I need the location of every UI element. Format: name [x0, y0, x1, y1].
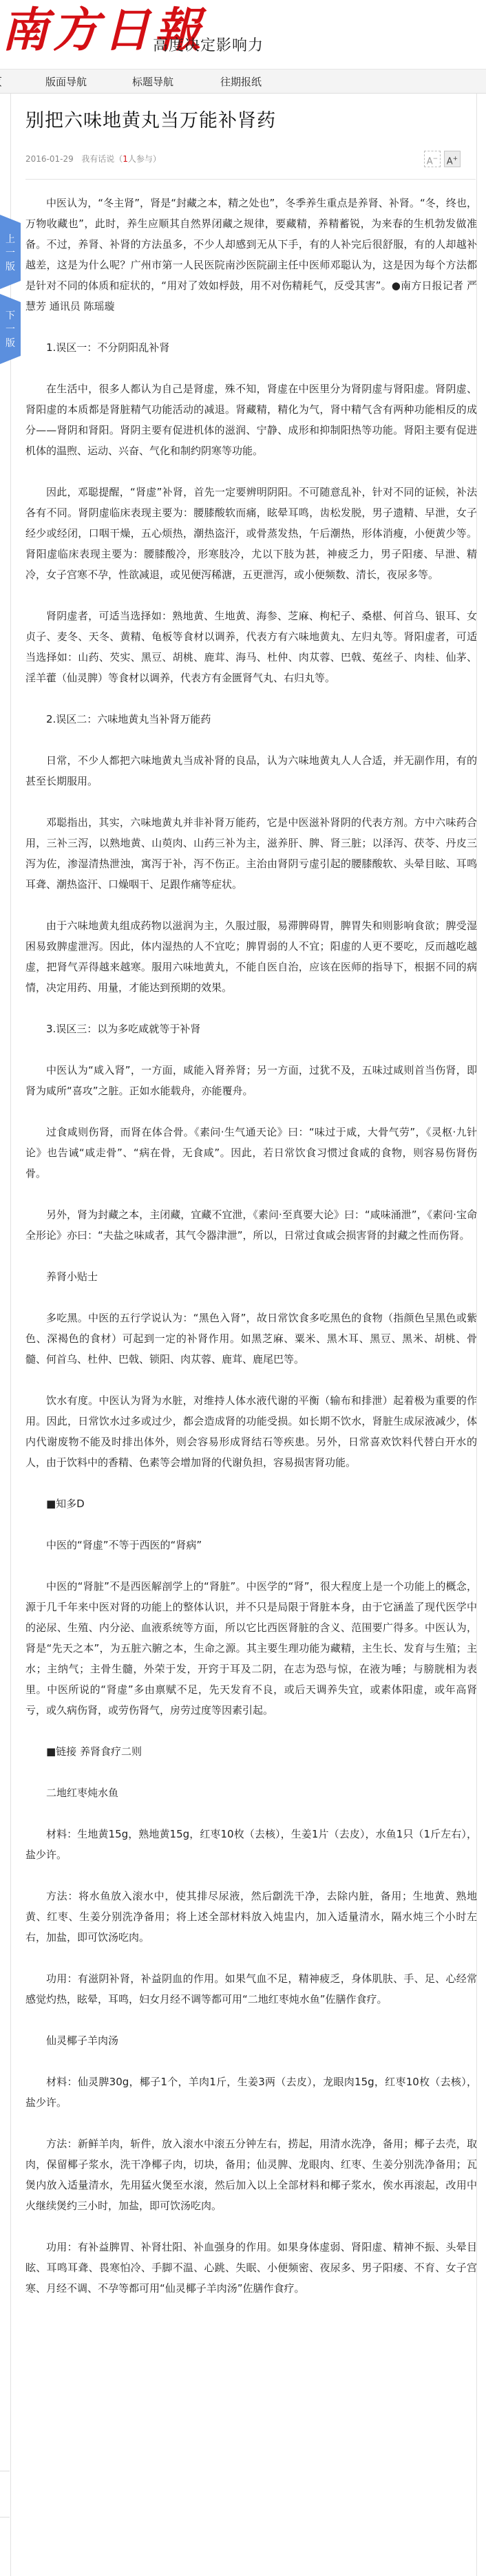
paragraph: 饮水有度。中医认为肾为水脏，对维持人体水液代谢的平衡（输布和排泄）起着极为重要的… [25, 1390, 477, 1473]
paragraph: 材料：生地黄15g，熟地黄15g，红枣10枚（去核），生姜1片（去皮），水鱼1只… [25, 1824, 477, 1865]
article-container: 别把六味地黄丸当万能补肾药 2016-01-29 我有话说（1人参与） A−A+… [10, 94, 477, 2576]
paragraph: 邓聪指出，其实，六味地黄丸并非补肾万能药，它是中医滋补肾阴的代表方剂。方中六味药… [25, 812, 477, 895]
tab-char: 一 [0, 246, 21, 260]
paragraph: 材料：仙灵脾30g，椰子1个，羊肉1斤，生姜3两（去皮），龙眼肉15g，红枣10… [25, 2072, 477, 2113]
tab-char: 版 [0, 337, 21, 350]
comments-prefix: 我有话说（ [81, 154, 123, 164]
paragraph: 过食咸则伤肾，而肾在体合骨。《素问·生气通天论》曰：“味过于咸，大骨气劳”，《灵… [25, 1122, 477, 1184]
nav-item-title-navigation[interactable]: 标题导航 [132, 74, 173, 89]
font-decrease-button[interactable]: A− [424, 151, 441, 167]
paragraph: 在生活中，很多人都认为自己是肾虚，殊不知，肾虚在中医里分为肾阴虚与肾阳虚。肾阴虚… [25, 379, 477, 461]
paragraph: 中医的“肾脏”不是西医解剖学上的“肾脏”。中医学的“肾”，很大程度上是一个功能上… [25, 1576, 477, 1721]
main-nav: 页 版面导航 标题导航 往期报纸 [0, 69, 486, 94]
nav-item-clipped[interactable]: 页 [0, 74, 2, 89]
article-date: 2016-01-29 [25, 154, 74, 164]
article-meta: 2016-01-29 我有话说（1人参与） [25, 153, 161, 164]
comments-count: 1 [123, 154, 128, 164]
paragraph: 由于六味地黄丸组成药物以滋润为主，久服过服，易滞脾碍胃，脾胃失和则影响食欲；脾受… [25, 915, 477, 998]
tab-char: 版 [0, 260, 21, 274]
paragraph: 中医认为，“冬主肾”，肾是“封藏之本，精之处也”，冬季养生重点是养肾、补肾。“冬… [25, 193, 477, 317]
section-heading: 2.误区二：六味地黄丸当补肾万能药 [25, 709, 477, 730]
section-heading: ■链接 养肾食疗二则 [25, 1741, 477, 1762]
paragraph: 肾阴虚者，可适当选择如：熟地黄、生地黄、海参、芝麻、枸杞子、桑椹、何首乌、银耳、… [25, 606, 477, 688]
article-title: 别把六味地黄丸当万能补肾药 [25, 105, 276, 132]
minus-icon: − [433, 156, 439, 162]
comments-link[interactable]: 我有话说（1人参与） [81, 154, 161, 164]
site-header: 南方日報 高度决定影响力 [0, 0, 486, 69]
section-heading: 3.误区三：以为多吃咸就等于补肾 [25, 1019, 477, 1039]
section-heading: 中医的“肾虚”不等于西医的“肾病” [25, 1535, 477, 1555]
paragraph: 方法：新鲜羊肉，斩件，放入滚水中滚五分钟左右，捞起，用清水洗净，备用；椰子去壳，… [25, 2133, 477, 2216]
nav-item-past-issues[interactable]: 往期报纸 [220, 74, 262, 89]
paragraph: 日常，不少人都把六味地黄丸当成补肾的良品，认为六味地黄丸人人合适，并无副作用，有… [25, 750, 477, 791]
tab-char: 一 [0, 323, 21, 337]
recipe-title: 二地红枣炖水鱼 [25, 1782, 477, 1803]
title-divider [25, 179, 476, 180]
section-heading: 1.误区一：不分阴阳乱补肾 [25, 337, 477, 358]
previous-page-tab[interactable]: 上 一 版 [0, 215, 21, 289]
paragraph: 方法：将水鱼放入滚水中，使其排尽尿液，然后劏洗干净，去除内脏，备用；生地黄、熟地… [25, 1886, 477, 1948]
paragraph: 另外，肾为封藏之本，主闭藏，宜藏不宜泄，《素问·至真要大论》曰：“咸味涌泄”，《… [25, 1204, 477, 1246]
comments-suffix: 人参与） [128, 154, 161, 164]
paragraph: 因此，邓聪提醒，“肾虚”补肾，首先一定要辨明阴阳。不可随意乱补，针对不同的证候，… [25, 482, 477, 585]
tab-char: 下 [0, 309, 21, 323]
site-tagline: 高度决定影响力 [153, 34, 264, 55]
recipe-title: 仙灵椰子羊肉汤 [25, 2030, 477, 2051]
nav-item-page-navigation[interactable]: 版面导航 [45, 74, 87, 89]
left-column-box [0, 2471, 10, 2518]
section-heading: 养肾小贴士 [25, 1266, 477, 1287]
font-decrease-icon: A [427, 156, 433, 167]
paragraph: 多吃黑。中医的五行学说认为：“黑色入肾”，故日常饮食多吃黑色的食物（指颜色呈黑色… [25, 1308, 477, 1370]
paragraph: 功用：有滋阴补肾，补益阴血的作用。如果气血不足，精神疲乏，身体肌肤、手、足、心经… [25, 1968, 477, 2010]
font-increase-icon: A [447, 156, 453, 167]
paragraph: 功用：有补益脾胃、补肾壮阳、补血强身的作用。如果身体虚弱、肾阳虚、精神不振、头晕… [25, 2237, 477, 2299]
paragraph: 中医认为“咸入肾”，一方面，咸能入肾养肾；另一方面，过犹不及，五味过咸则首当伤肾… [25, 1060, 477, 1101]
section-heading: ■知多D [25, 1493, 477, 1514]
next-page-tab[interactable]: 下 一 版 [0, 294, 21, 364]
article-body: 中医认为，“冬主肾”，肾是“封藏之本，精之处也”，冬季养生重点是养肾、补肾。“冬… [25, 193, 477, 2319]
plus-icon: + [453, 156, 458, 162]
tab-char: 上 [0, 233, 21, 246]
font-size-controls: A−A+ [424, 151, 464, 167]
font-increase-button[interactable]: A+ [444, 151, 461, 167]
